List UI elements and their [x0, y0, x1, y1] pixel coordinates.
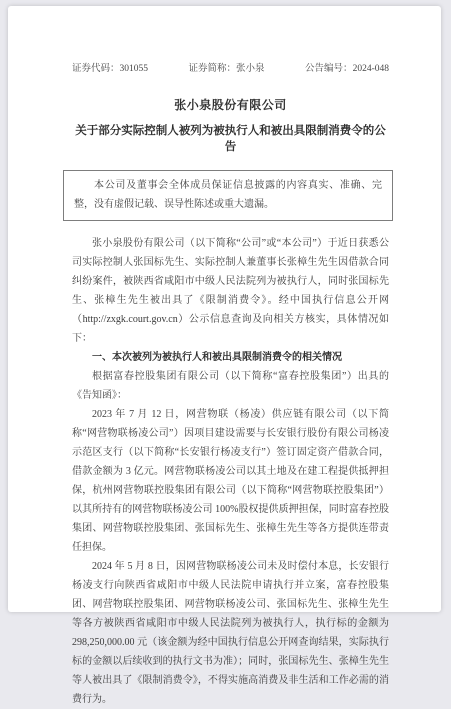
- announcement-number-label: 公告编号：: [305, 64, 353, 74]
- board-disclaimer-box: 本公司及董事会全体成员保证信息披露的内容真实、准确、完整，没有虚假记载、误导性陈…: [63, 170, 393, 221]
- stock-short-name-label: 证券简称：: [189, 64, 237, 74]
- company-title: 张小泉股份有限公司: [72, 96, 389, 113]
- section-1-heading: 一、本次被列为被执行人和被出具限制消费令的相关情况: [72, 348, 389, 367]
- document-page: 证券代码：301055 证券简称：张小泉 公告编号：2024-048 张小泉股份…: [8, 6, 441, 612]
- securities-meta-row: 证券代码：301055 证券简称：张小泉 公告编号：2024-048: [72, 60, 389, 74]
- stock-code-label: 证券代码：: [72, 64, 120, 74]
- announcement-number-field: 公告编号：2024-048: [305, 60, 389, 74]
- body-paragraph-3: 2024 年 5 月 8 日，因网营物联杨凌公司未及时偿付本息，长安银行杨凌支行…: [72, 557, 389, 624]
- stock-code-field: 证券代码：301055: [72, 60, 148, 74]
- intro-paragraph: 张小泉股份有限公司（以下简称“公司”或“本公司”）于近日获悉公司实际控制人张国标…: [72, 234, 389, 348]
- announcement-number-value: 2024-048: [353, 64, 389, 74]
- stock-short-name-value: 张小泉: [236, 64, 265, 74]
- body-paragraph-2: 2023 年 7 月 12 日，网营物联（杨凌）供应链有限公司（以下简称“网营物…: [72, 405, 389, 557]
- body-paragraph-1: 根据富春控股集团有限公司（以下简称“富春控股集团”）出具的《告知函》：: [72, 367, 389, 405]
- stock-short-name-field: 证券简称：张小泉: [189, 60, 265, 74]
- announcement-title: 关于部分实际控制人被列为被执行人和被出具限制消费令的公告: [72, 122, 389, 154]
- stock-code-value: 301055: [120, 64, 149, 74]
